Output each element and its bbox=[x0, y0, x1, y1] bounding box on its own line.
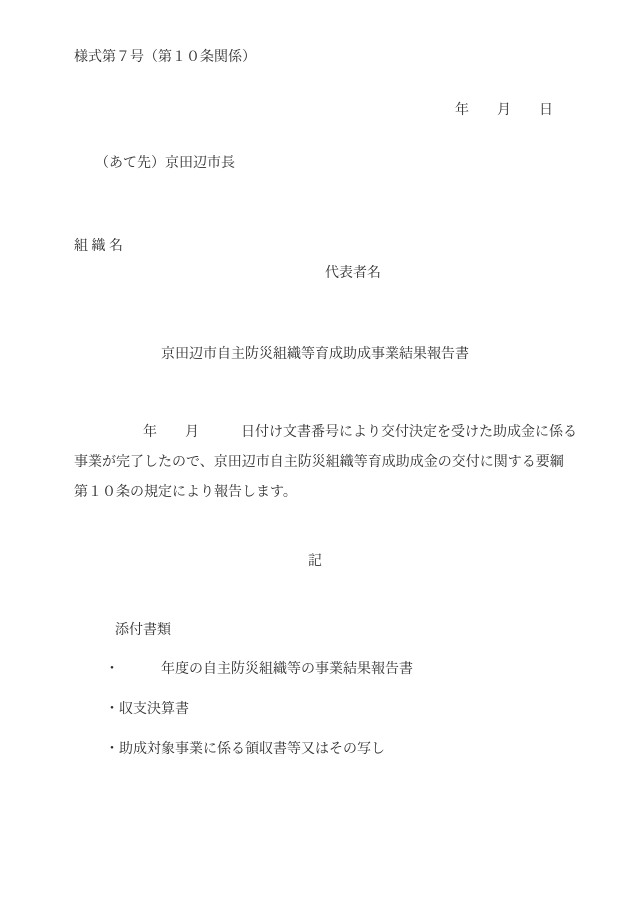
attachment-list-item: ・収支決算書 bbox=[105, 700, 189, 720]
document-title: 京田辺市自主防災組織等育成助成事業結果報告書 bbox=[0, 345, 630, 365]
attachment-list-item: ・ 年度の自主防災組織等の事業結果報告書 bbox=[105, 660, 413, 680]
organization-name-label: 組 織 名 bbox=[74, 237, 123, 257]
attachment-list-item: ・助成対象事業に係る領収書等又はその写し bbox=[105, 740, 385, 760]
addressee-line: （あて先）京田辺市長 bbox=[95, 154, 235, 174]
body-paragraph-line: 年 月 日付け文書番号により交付決定を受けた助成金に係る bbox=[143, 423, 577, 443]
document-page: 様式第７号（第１０条関係） 年 月 日 （あて先）京田辺市長 組 織 名 代表者… bbox=[0, 0, 630, 903]
representative-name-label: 代表者名 bbox=[325, 264, 381, 284]
body-paragraph-line: 事業が完了したので、京田辺市自主防災組織等育成助成金の交付に関する要綱 bbox=[74, 453, 564, 473]
body-paragraph-line: 第１０条の規定により報告します。 bbox=[74, 483, 297, 503]
record-marker: 記 bbox=[0, 552, 630, 572]
date-fill-in-line: 年 月 日 bbox=[455, 101, 553, 121]
form-number-label: 様式第７号（第１０条関係） bbox=[74, 48, 256, 68]
attachments-heading: 添付書類 bbox=[115, 621, 171, 641]
